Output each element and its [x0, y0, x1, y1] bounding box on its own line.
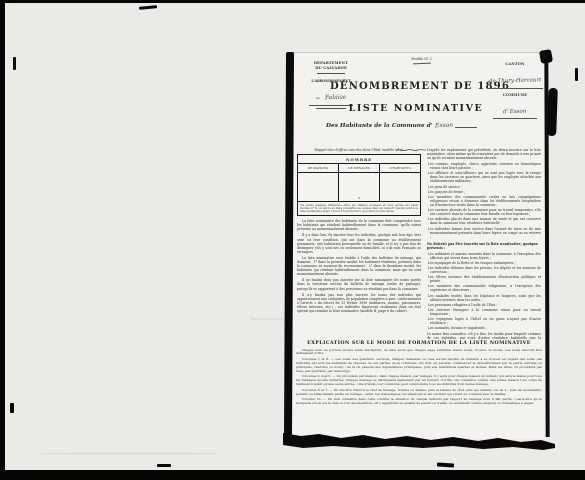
recap-column-header: DE MAISONS: [298, 164, 339, 172]
recap-cell-mark: 3: [339, 196, 379, 200]
film-border-top: [0, 0, 585, 3]
exclude-item: Les nomades, forains et vagabonds ;: [427, 326, 541, 330]
explanation-paragraph: Chaque nom ne portera qu'une seule inscr…: [296, 349, 542, 357]
film-smudge: [40, 452, 220, 455]
recap-cell-menages: 3: [339, 173, 380, 201]
instruction-paragraph: Il y a donc lieu d'y inscrire tous les i…: [297, 233, 421, 253]
page-right-edge-shadow: [547, 88, 558, 136]
fill-in-line: [493, 118, 537, 119]
subtitle-handwritten-value: Esson: [434, 122, 452, 129]
instructions-section: Rappel des chiffres inscrits dans l'État…: [297, 148, 541, 339]
include-item: Les garçons de ferme ;: [427, 190, 541, 194]
exclude-item: Les membres des communautés religieuses,…: [427, 284, 541, 292]
exclude-item: Les voyageurs logés à l'hôtel ou en garn…: [427, 317, 541, 325]
canton-handwritten-value: de Thury-Harcourt: [489, 77, 541, 84]
include-item: Les individus faisant leur service dans …: [427, 227, 541, 239]
exclude-item: Les militaires et marins casernés dans l…: [427, 252, 541, 260]
exclude-item: Les personnes réfugiées à l'asile de l'É…: [427, 303, 541, 307]
film-registration-mark: [575, 68, 578, 81]
exclude-item: Les individus détenus dans les prisons, …: [427, 266, 541, 274]
recap-cell-maisons: [298, 173, 339, 201]
recap-table-title: NOMBRE: [298, 155, 420, 164]
explanation-paragraphs: Chaque nom ne portera qu'une seule inscr…: [296, 349, 542, 406]
page-corner-shadow: [539, 49, 553, 64]
film-registration-mark: [13, 57, 16, 70]
instruction-paragraph: La liste nominative sera établie à l'aid…: [297, 256, 421, 276]
film-registration-mark: [437, 462, 454, 467]
divider-line: [413, 62, 431, 64]
divider-line: [317, 73, 345, 74]
subtitle-row: Des Habitants de la Commune d' Esson: [326, 122, 477, 129]
department-name: DU CALVADOS: [298, 66, 364, 71]
exclude-heading: Ne doivent pas être inscrits sur la list…: [427, 242, 541, 250]
include-item: Les officiers et sous-officiers qui ne s…: [427, 171, 541, 183]
exclude-item: Les élèves internes des établissements d…: [427, 275, 541, 283]
commune-label: COMMUNE: [484, 93, 546, 98]
census-form-page: DÉPARTEMENT DU CALVADOS L'ARRONDISSEMENT…: [292, 52, 546, 439]
flourish-divider: [396, 137, 426, 141]
include-item: Les gens de service ;: [427, 185, 541, 189]
film-registration-mark: [10, 403, 14, 413]
exclude-item: Les équipages de la flotte et les troupe…: [427, 261, 541, 265]
explanation-paragraph: Colonnes 1 et 8. — Les noms des quartier…: [296, 358, 542, 374]
arrondissement-prefix: de: [316, 96, 320, 100]
film-border-left: [0, 0, 5, 480]
instruction-paragraph: La liste nominative des habitants de la …: [297, 219, 421, 231]
recap-column-header: D'HABITANTS: [380, 164, 420, 172]
subtitle-label: Des Habitants de la Commune d': [326, 123, 433, 129]
instructions-right-column: D'après les explications qui précèdent, …: [427, 148, 541, 339]
recap-cell-habitants: [380, 173, 420, 201]
film-border-bottom: [0, 470, 585, 480]
fill-in-line: [487, 88, 543, 89]
explanation-paragraph: Colonnes 6 et 7. — On inscrira d'abord l…: [296, 389, 542, 397]
film-registration-mark: [139, 5, 157, 9]
instructions-left-column: Rappel des chiffres inscrits dans l'État…: [297, 148, 421, 339]
recap-caption: Rappel des chiffres inscrits dans l'État…: [297, 148, 421, 152]
recap-column-header: DE MÉNAGES: [339, 164, 380, 172]
left-column-paragraphs: La liste nominative des habitants de la …: [297, 219, 421, 313]
explanation-paragraph: Colonne 10. — On fera connaître dans cet…: [296, 398, 542, 406]
explanation-paragraph: Colonnes 2, 4 et 5. — On procédera par m…: [296, 375, 542, 387]
include-item: Les individus placés dans une maison de …: [427, 217, 541, 225]
arrondissement-handwritten-value: Falaise: [325, 94, 347, 102]
microfilm-frame: DÉPARTEMENT DU CALVADOS L'ARRONDISSEMENT…: [0, 0, 585, 480]
include-item: Les ouvriers absents de la commune pour …: [427, 208, 541, 216]
exclude-item: Les ouvriers étrangers à la commune venu…: [427, 308, 541, 316]
form-model-block: Modèle N° 2.: [392, 57, 452, 64]
instruction-paragraph: Il ne faudra donc pas inscrire sur la li…: [297, 278, 421, 290]
explanation-section: EXPLICATION SUR LE MODE DE FORMATION DE …: [296, 340, 542, 428]
exclude-items: Les militaires et marins casernés dans l…: [427, 252, 541, 331]
liste-nominative-title: LISTE NOMINATIVE: [292, 103, 540, 114]
include-items: Les commis, employés, clercs, apprentis,…: [427, 162, 541, 238]
explanation-heading: EXPLICATION SUR LE MODE DE FORMATION DE …: [296, 340, 542, 346]
recap-column-headers: DE MAISONSDE MÉNAGESD'HABITANTS: [298, 164, 420, 173]
instruction-paragraph: Il n'y faudra pas non plus inscrire les …: [297, 293, 421, 313]
fill-in-line: [455, 127, 477, 128]
recap-note: S'il existe quelque différence entre les…: [298, 202, 420, 215]
page-bottom-edge-shadow: [283, 432, 555, 452]
recap-empty-row: 3: [298, 173, 420, 202]
form-model-label: Modèle N° 2.: [392, 57, 452, 61]
include-item: Les membres des communautés civiles ou d…: [427, 195, 541, 207]
film-registration-mark: [157, 464, 171, 467]
canton-label: CANTON: [484, 62, 546, 67]
recap-table: NOMBRE DE MAISONSDE MÉNAGESD'HABITANTS 3…: [297, 154, 421, 216]
exclude-item: Les malades traités dans les hôpitaux et…: [427, 294, 541, 302]
closing-paragraph: Le maire fera connaître, s'il y a lieu, …: [427, 332, 541, 339]
include-intro: D'après les explications qui précèdent, …: [427, 148, 541, 160]
include-item: Les commis, employés, clercs, apprentis,…: [427, 162, 541, 170]
